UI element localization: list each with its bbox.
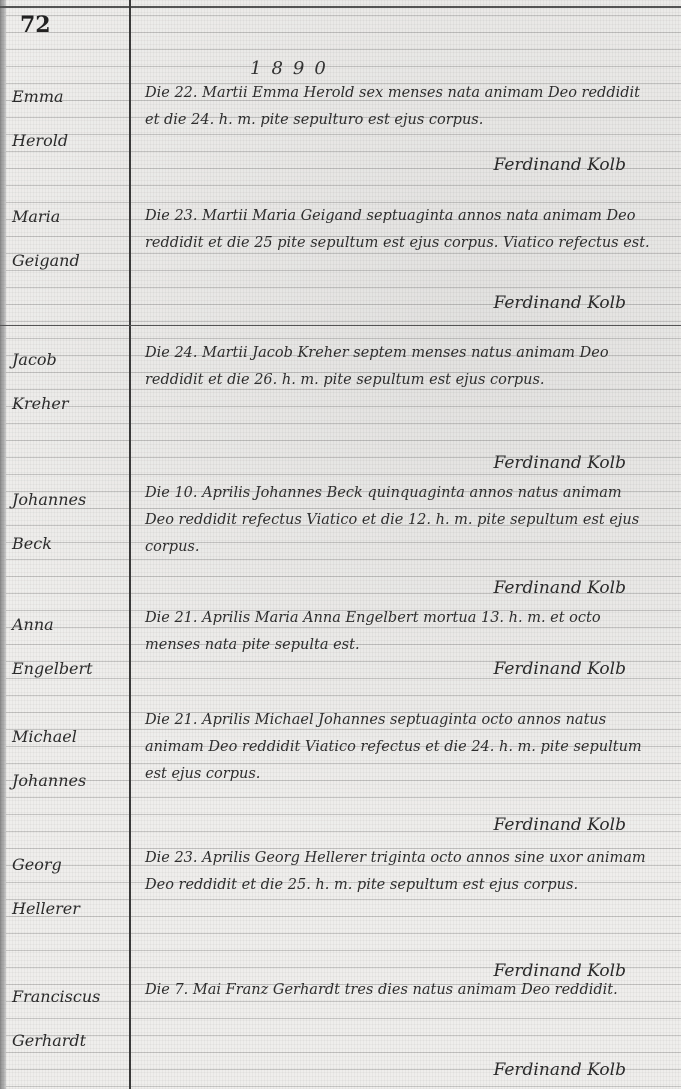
given-name: Jacob <box>12 338 127 382</box>
signature: Ferdinand Kolb <box>494 155 627 175</box>
signature: Ferdinand Kolb <box>494 293 627 313</box>
surname: Gerhardt <box>12 1019 127 1063</box>
surname: Engelbert <box>12 647 127 691</box>
surname: Kreher <box>12 382 127 426</box>
page-edge <box>0 0 6 1089</box>
surname: Geigand <box>12 239 127 283</box>
given-name: Georg <box>12 843 127 887</box>
signature: Ferdinand Kolb <box>494 1060 627 1080</box>
entry-text: Die 21. Aprilis Maria Anna Engelbert mor… <box>145 605 651 659</box>
given-name: Maria <box>12 195 127 239</box>
signature: Ferdinand Kolb <box>494 659 627 679</box>
given-name: Michael <box>12 715 127 759</box>
signature: Ferdinand Kolb <box>494 578 627 598</box>
entry-text: Die 10. Aprilis Johannes Beck quinquagin… <box>145 480 651 561</box>
entry-name: Georg Hellerer <box>12 843 127 931</box>
entry-text: Die 22. Martii Emma Herold sex menses na… <box>145 80 651 134</box>
entry-name: Emma Herold <box>12 75 127 163</box>
entry-text: Die 24. Martii Jacob Kreher septem mense… <box>145 340 651 394</box>
entry-text: Die 23. Martii Maria Geigand septuaginta… <box>145 203 651 257</box>
year-heading: 1890 <box>250 58 336 79</box>
top-rule <box>0 6 681 8</box>
signature: Ferdinand Kolb <box>494 453 627 473</box>
entry-name: Jacob Kreher <box>12 338 127 426</box>
given-name: Emma <box>12 75 127 119</box>
entry-name: Franciscus Gerhardt <box>12 975 127 1063</box>
entry-divider <box>0 325 681 326</box>
entry-name: Anna Engelbert <box>12 603 127 691</box>
entry-text: Die 7. Mai Franz Gerhardt tres dies natu… <box>145 977 651 1004</box>
given-name: Franciscus <box>12 975 127 1019</box>
column-divider <box>129 0 131 1089</box>
surname: Hellerer <box>12 887 127 931</box>
register-page: 72 1890 Emma Herold Die 22. Martii Emma … <box>0 0 681 1089</box>
entry-name: Michael Johannes <box>12 715 127 803</box>
given-name: Johannes <box>12 478 127 522</box>
signature: Ferdinand Kolb <box>494 815 627 835</box>
entry-name: Johannes Beck <box>12 478 127 566</box>
surname: Johannes <box>12 759 127 803</box>
surname: Beck <box>12 522 127 566</box>
entry-name: Maria Geigand <box>12 195 127 283</box>
given-name: Anna <box>12 603 127 647</box>
entry-text: Die 21. Aprilis Michael Johannes septuag… <box>145 707 651 788</box>
entry-text: Die 23. Aprilis Georg Hellerer triginta … <box>145 845 651 899</box>
surname: Herold <box>12 119 127 163</box>
page-number: 72 <box>20 12 51 38</box>
